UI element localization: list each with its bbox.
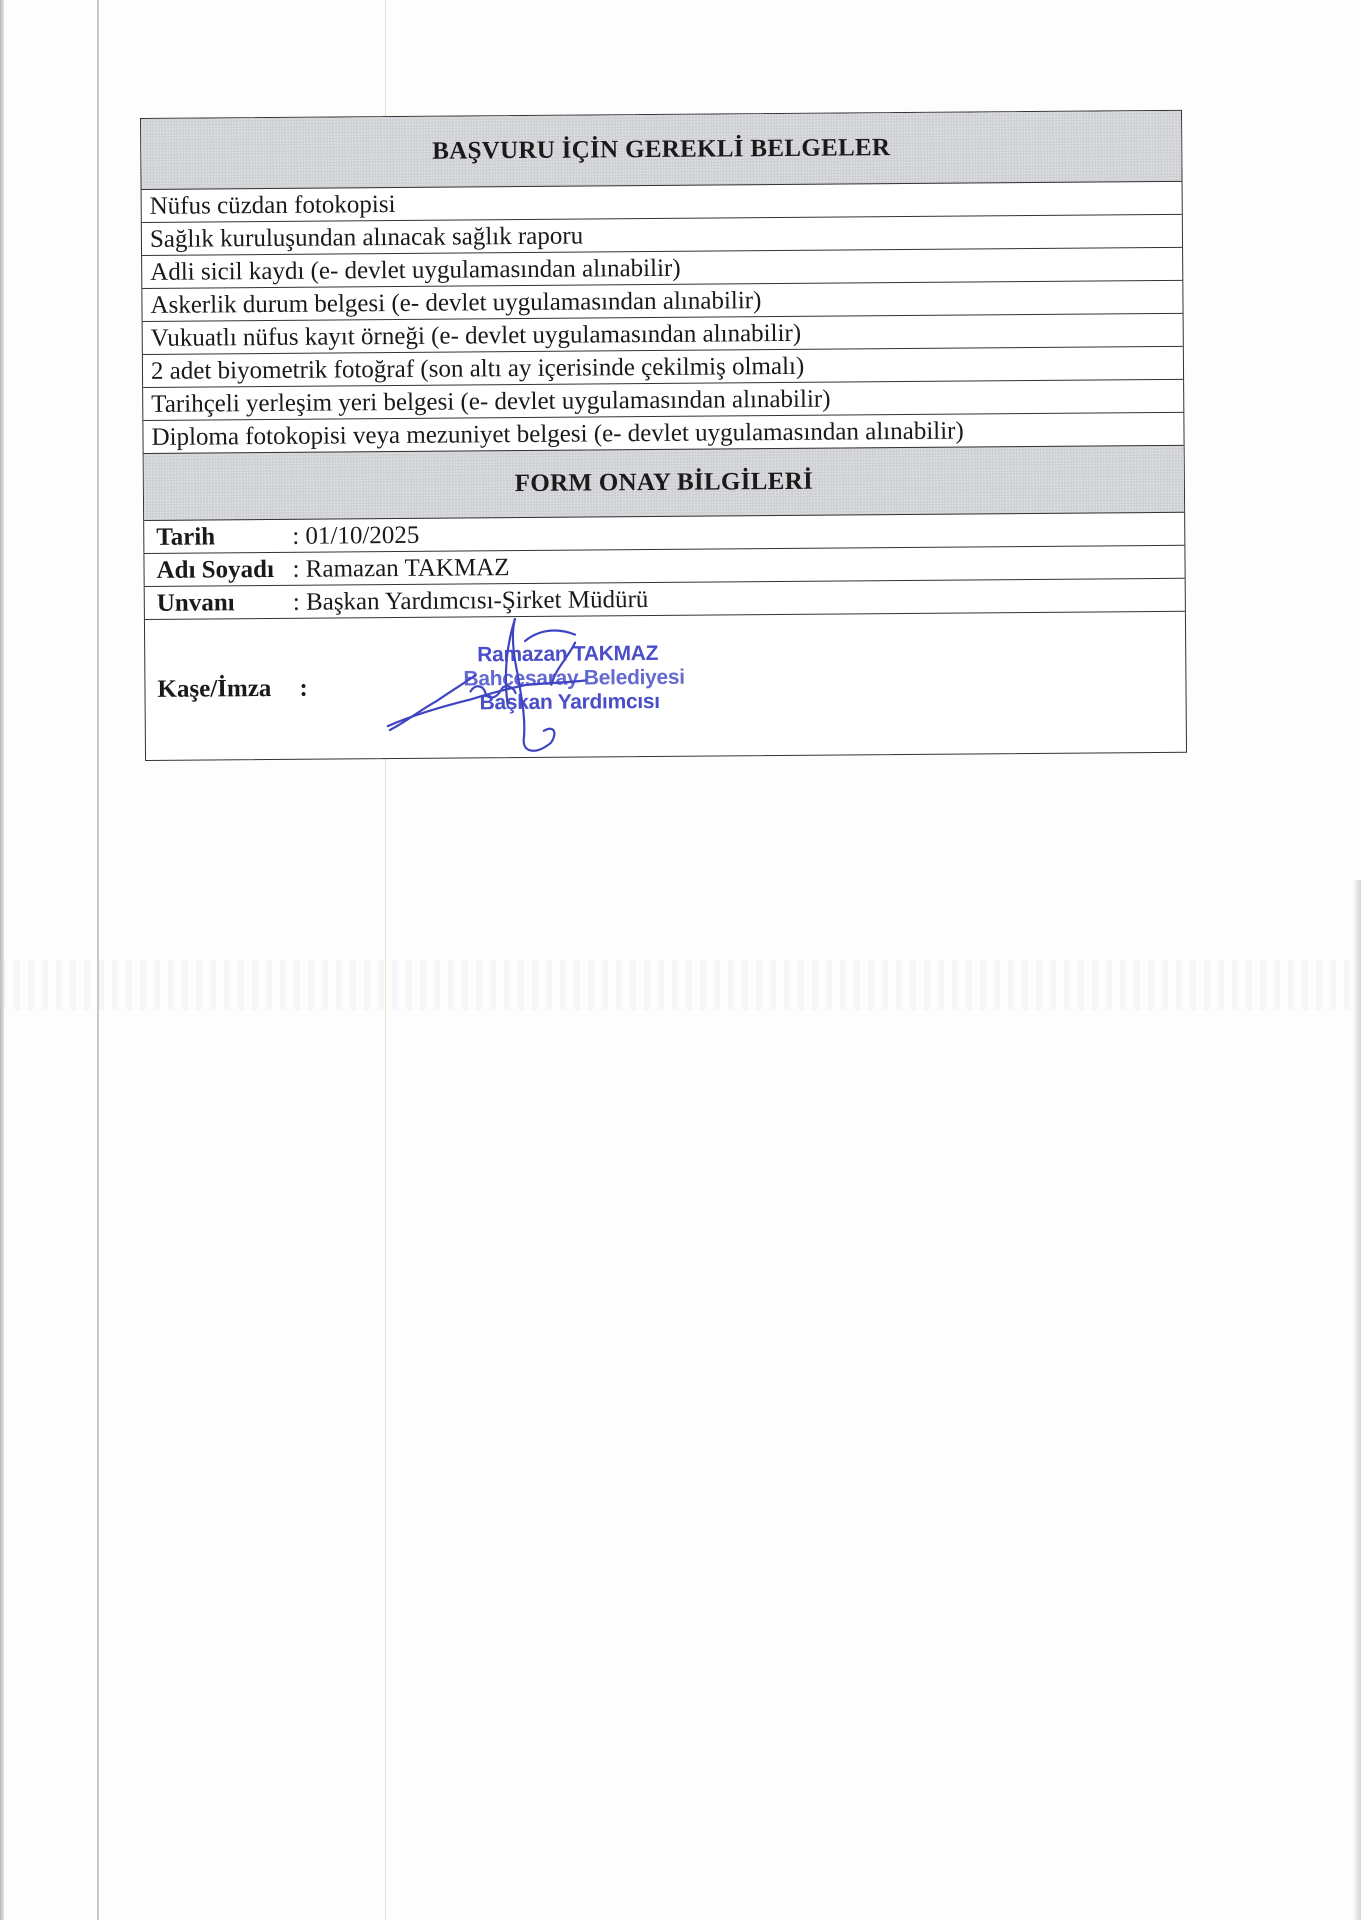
handwritten-signature-icon [375,611,736,764]
stamp-signature-label: Kaşe/İmza [157,675,293,704]
document-item-text: Nüfus cüzdan fotokopisi [150,190,396,222]
stamp-signature-row: Kaşe/İmza : Ramazan TAKMAZ Bahçesaray Be… [145,612,1186,760]
document-item-text: Tarihçeli yerleşim yeri belgesi (e- devl… [151,385,830,420]
scan-noise-band [0,960,1361,1010]
name-value: : Ramazan TAKMAZ [292,553,509,585]
document-item-text: Vukuatlı nüfus kayıt örneği (e- devlet u… [151,319,802,354]
document-item-text: Diploma fotokopisi veya mezuniyet belges… [151,417,963,453]
form-approval-title: FORM ONAY BİLGİLERİ [515,468,814,498]
date-label: Tarih [156,522,292,553]
stamp-signature-colon: : [299,675,308,703]
title-label: Unvanı [157,588,293,619]
required-documents-list: Nüfus cüzdan fotokopisi Sağlık kuruluşun… [142,182,1184,453]
document-item-text: Sağlık kuruluşundan alınacak sağlık rapo… [150,222,583,255]
required-documents-title: BAŞVURU İÇİN GEREKLİ BELGELER [432,134,890,166]
date-value: : 01/10/2025 [292,521,419,552]
scan-right-edge [1353,880,1361,1920]
application-form-table: BAŞVURU İÇİN GEREKLİ BELGELER Nüfus cüzd… [140,110,1187,761]
document-item-text: Adli sicil kaydı (e- devlet uygulamasınd… [150,254,681,288]
name-label: Adı Soyadı [156,555,292,586]
required-documents-header: BAŞVURU İÇİN GEREKLİ BELGELER [141,111,1182,190]
form-approval-header: FORM ONAY BİLGİLERİ [144,445,1185,521]
document-item-text: Askerlik durum belgesi (e- devlet uygula… [150,286,761,321]
document-item-text: 2 adet biyometrik fotoğraf (son altı ay … [151,352,805,387]
